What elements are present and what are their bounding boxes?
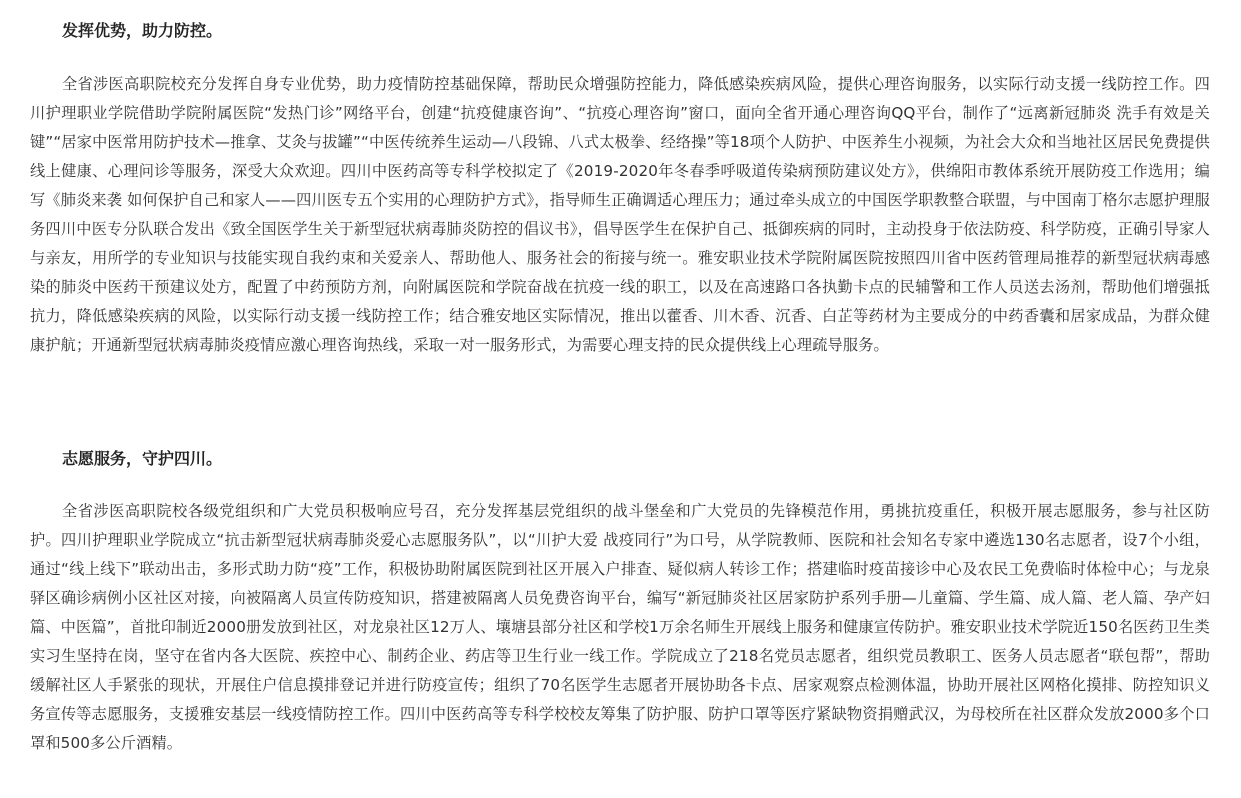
section-heading-advantages: 发挥优势，助力防控。 xyxy=(30,16,1210,45)
section-heading-volunteer: 志愿服务，守护四川。 xyxy=(30,444,1210,473)
section-paragraph-advantages: 全省涉医高职院校充分发挥自身专业优势，助力疫情防控基础保障，帮助民众增强防控能力… xyxy=(30,70,1210,360)
section-paragraph-volunteer: 全省涉医高职院校各级党组织和广大党员积极响应号召，充分发挥基层党组织的战斗堡垒和… xyxy=(30,497,1210,758)
